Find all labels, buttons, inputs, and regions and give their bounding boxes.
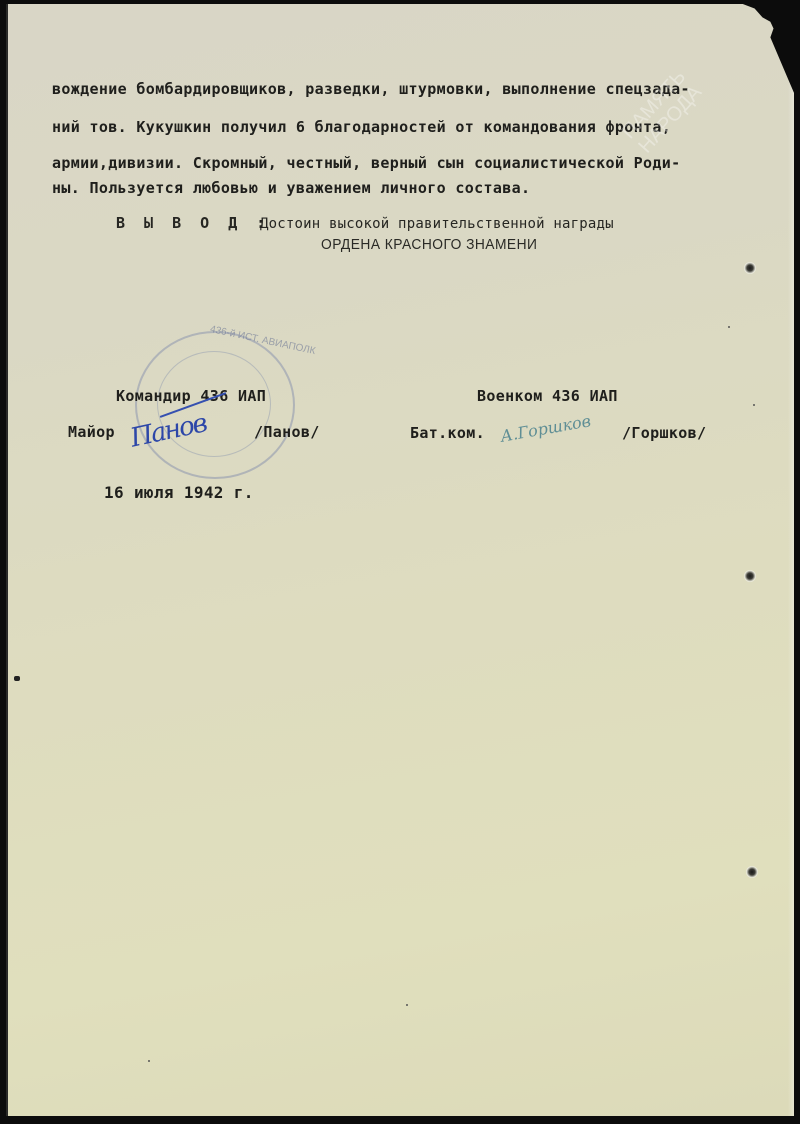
commander-rank: Майор: [68, 423, 115, 441]
award-title: ОРДЕНА КРАСНОГО ЗНАМЕНИ: [321, 236, 537, 253]
speck: [148, 1060, 150, 1062]
document-page: вождение бомбардировщиков, разведки, шту…: [6, 4, 794, 1116]
speck: [728, 326, 730, 328]
body-line-3: армии,дивизии. Скромный, честный, верный…: [52, 154, 681, 172]
body-line-4: ны. Пользуется любовью и уважением лично…: [52, 179, 530, 197]
speck: [753, 404, 755, 406]
punch-hole-1: [744, 262, 756, 274]
conclusion-text: Достоин высокой правительственной наград…: [260, 216, 614, 232]
body-line-1: вождение бомбардировщиков, разведки, шту…: [52, 80, 690, 98]
punch-hole-2: [744, 570, 756, 582]
commissar-title: Военком 436 ИАП: [477, 387, 618, 405]
commander-title: Командир 436 ИАП: [116, 387, 266, 405]
commissar-signature: А.Горшков: [499, 411, 592, 446]
commander-name: /Панов/: [254, 423, 320, 441]
punch-hole-3: [746, 866, 758, 878]
speck: [406, 1004, 408, 1006]
edge-mark: [14, 676, 20, 681]
commissar-name: /Горшков/: [622, 424, 706, 442]
official-stamp: 436-й ИСТ. АВИАПОЛК: [135, 331, 295, 479]
body-line-2: ний тов. Кукушкин получил 6 благодарност…: [52, 118, 671, 136]
document-date: 16 июля 1942 г.: [104, 483, 254, 502]
conclusion-label: В Ы В О Д :: [116, 214, 270, 232]
commissar-rank: Бат.ком.: [410, 424, 485, 442]
